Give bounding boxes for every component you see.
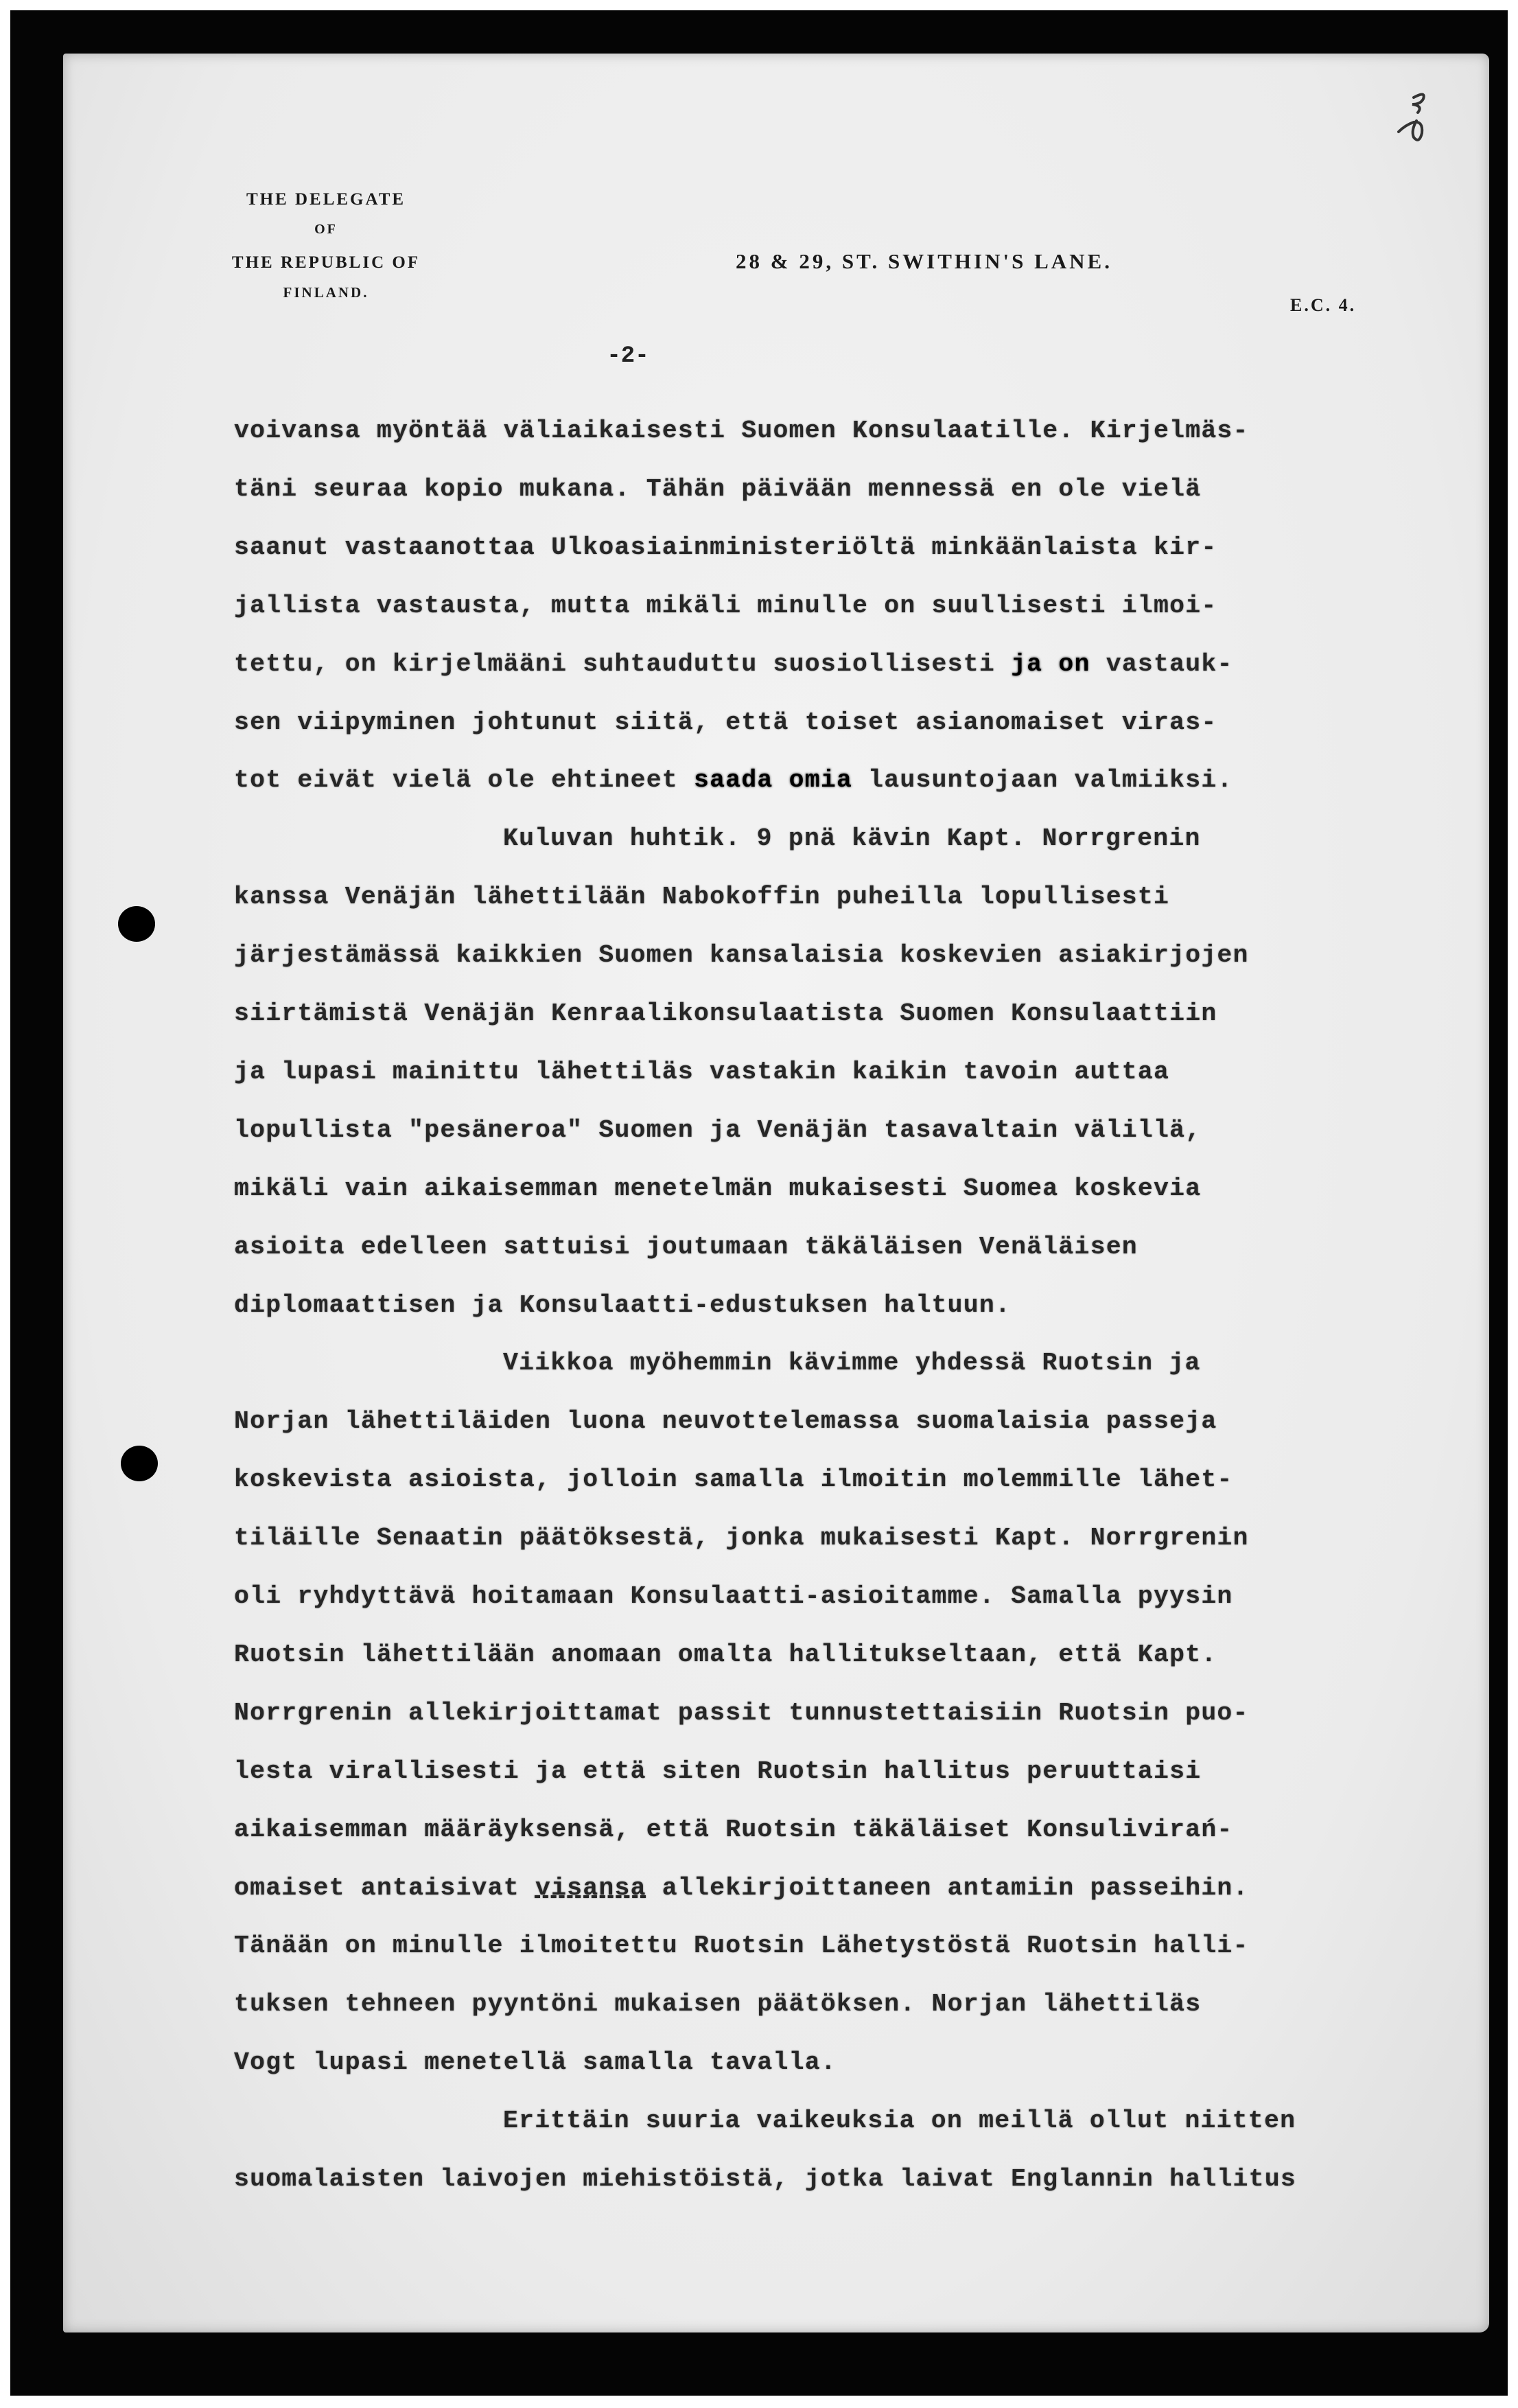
text-line: lesta virallisesti ja että siten Ruotsin… xyxy=(234,1759,1201,1785)
text-line: tuksen tehneen pyyntöni mukaisen päätöks… xyxy=(234,1992,1201,2017)
punch-hole xyxy=(121,1446,158,1481)
text-line: koskevista asioista, jolloin samalla ilm… xyxy=(234,1468,1233,1493)
text-line: tot eivät vielä ole ehtineet saada omia … xyxy=(234,768,1233,794)
text-line: järjestämässä kaikkien Suomen kansalaisi… xyxy=(234,943,1249,969)
text-line: jallista vastausta, mutta mikäli minulle… xyxy=(234,594,1217,619)
text-line: mikäli vain aikaisemman menetelmän mukai… xyxy=(234,1177,1201,1202)
text-line: aikaisemman määräyksensä, että Ruotsin t… xyxy=(234,1818,1233,1843)
text-line: omaiset antaisivat visansa allekirjoitta… xyxy=(234,1876,1249,1901)
text-line: suomalaisten laivojen miehistöistä, jotk… xyxy=(234,2167,1296,2192)
letterhead-line: THE DELEGATE xyxy=(182,191,470,222)
letterhead-line: OF xyxy=(182,222,470,254)
text-line: Kuluvan huhtik. 9 pnä kävin Kapt. Norrgr… xyxy=(503,826,1201,852)
punch-hole xyxy=(118,906,155,942)
text-line: diplomaattisen ja Konsulaatti-edustuksen… xyxy=(234,1293,1011,1319)
text-line: asioita edelleen sattuisi joutumaan täkä… xyxy=(234,1235,1138,1260)
underlined-word: visansa xyxy=(535,1874,646,1902)
letterhead-line: THE REPUBLIC OF xyxy=(182,254,470,286)
text-line: oli ryhdyttävä hoitamaan Konsulaatti-asi… xyxy=(234,1584,1233,1610)
text-line: lopullista "pesäneroa" Suomen ja Venäjän… xyxy=(234,1118,1201,1144)
text-line: tiläille Senaatin päätöksestä, jonka muk… xyxy=(234,1526,1249,1551)
emphasis: ja on xyxy=(1011,650,1090,678)
text-line: ja lupasi mainittu lähettiläs vastakin k… xyxy=(234,1060,1169,1085)
letterhead-postal-district: E.C. 4. xyxy=(1290,297,1356,314)
text-line: sen viipyminen johtunut siitä, että tois… xyxy=(234,710,1217,736)
letterhead-line: FINLAND. xyxy=(182,286,470,317)
text-line: Norjan lähettiläiden luona neuvottelemas… xyxy=(234,1409,1217,1435)
text-line: Vogt lupasi menetellä samalla tavalla. xyxy=(234,2050,837,2076)
text-line: Norrgrenin allekirjoittamat passit tunnu… xyxy=(234,1701,1249,1726)
text-line: saanut vastaanottaa Ulkoasiainministeriö… xyxy=(234,535,1217,561)
text-line: tettu, on kirjelmääni suhtauduttu suosio… xyxy=(234,652,1233,678)
emphasis: saada omia xyxy=(694,766,852,794)
page-number: -2- xyxy=(600,343,655,369)
text-line: Tänään on minulle ilmoitettu Ruotsin Läh… xyxy=(234,1934,1249,1959)
handwritten-page-number xyxy=(1393,89,1441,151)
text-line: täni seuraa kopio mukana. Tähän päivään … xyxy=(234,477,1201,502)
text-line: voivansa myöntää väliaikaisesti Suomen K… xyxy=(234,419,1249,444)
text-line: kanssa Venäjän lähettilään Nabokoffin pu… xyxy=(234,885,1169,910)
text-line: Ruotsin lähettilään anomaan omalta halli… xyxy=(234,1643,1217,1668)
letterhead-address: 28 & 29, ST. SWITHIN'S LANE. xyxy=(736,251,1112,272)
text-line: siirtämistä Venäjän Kenraalikonsulaatist… xyxy=(234,1002,1217,1027)
text-line: Erittäin suuria vaikeuksia on meillä oll… xyxy=(503,2109,1296,2134)
text-line: Viikkoa myöhemmin kävimme yhdessä Ruotsi… xyxy=(503,1351,1201,1376)
letterhead-sender: THE DELEGATE OF THE REPUBLIC OF FINLAND. xyxy=(182,191,470,317)
